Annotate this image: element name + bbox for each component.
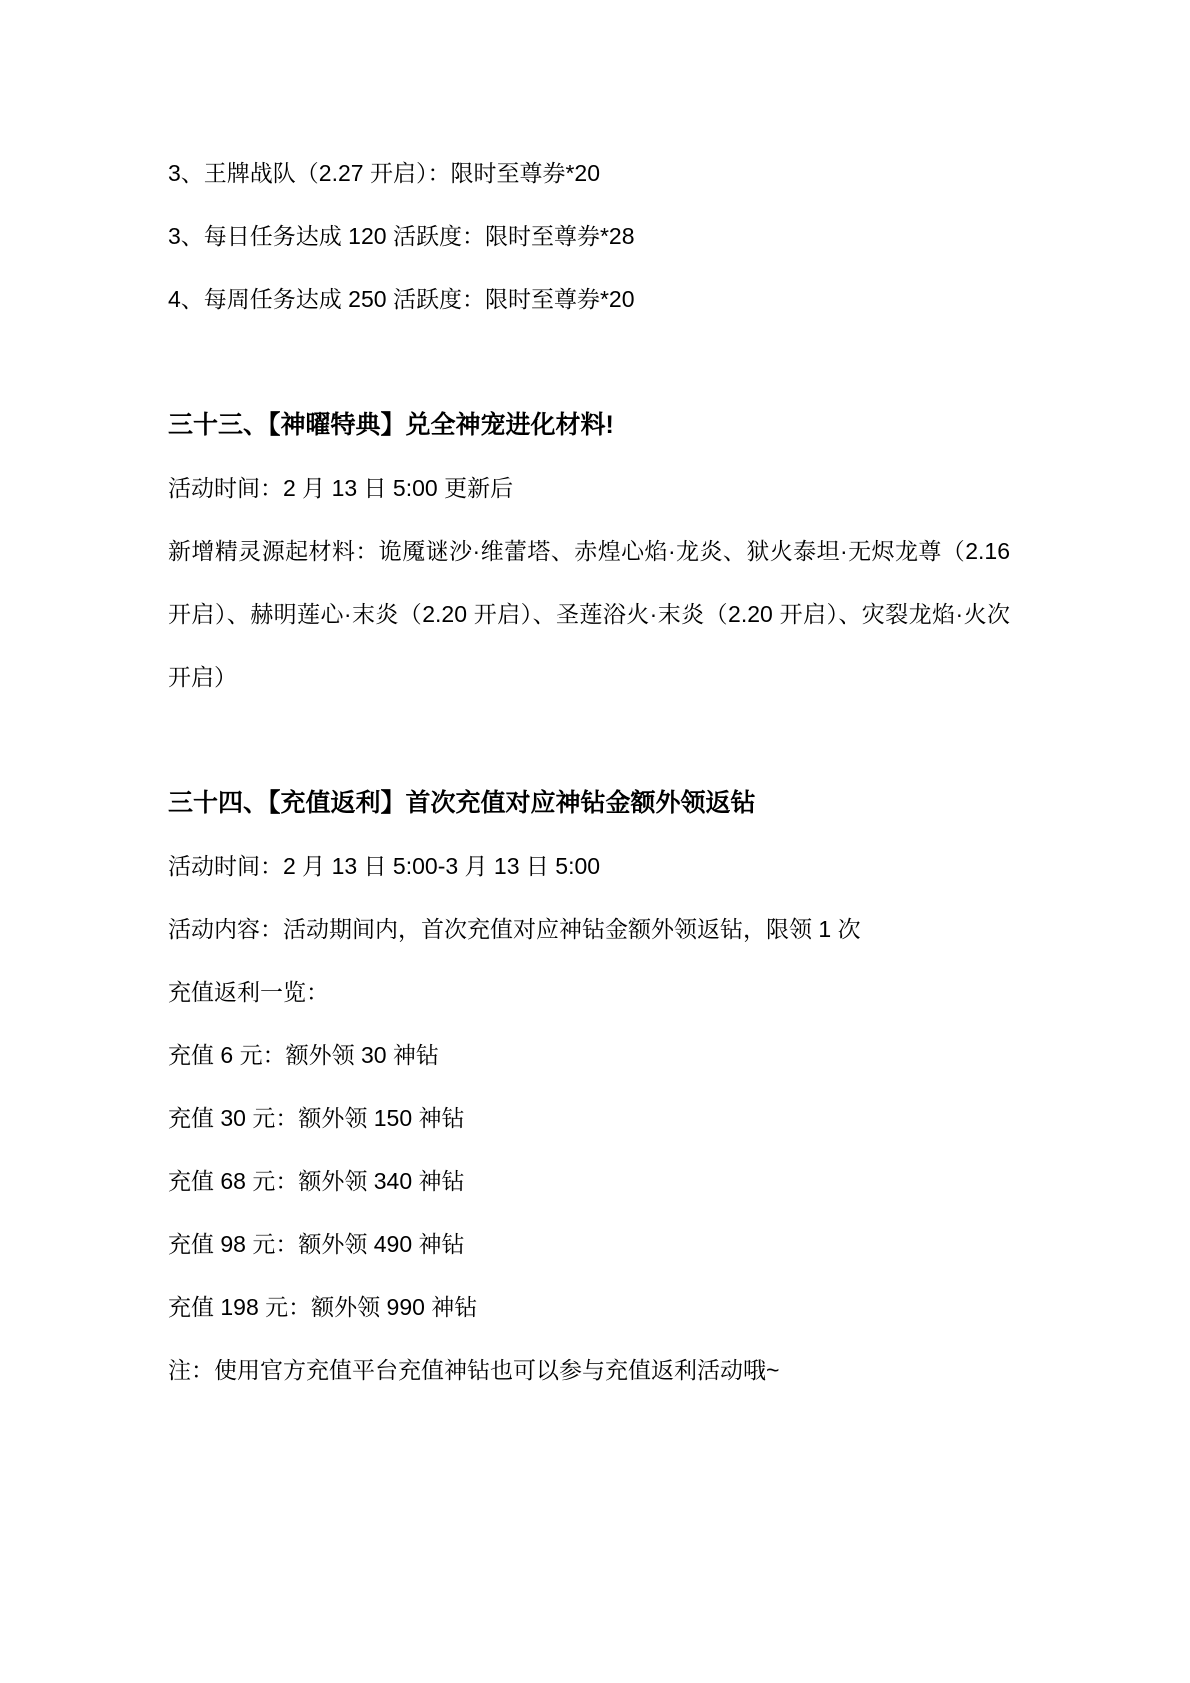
document-content: 3、王牌战队（2.27 开启）：限时至尊券*20 3、每日任务达成 120 活跃… xyxy=(168,142,1010,1402)
note-text: 注：使用官方充值平台充值神钻也可以参与充值返利活动哦~ xyxy=(168,1339,1010,1402)
rebate-item: 充值 30 元：额外领 150 神钻 xyxy=(168,1087,1010,1150)
section-heading-34: 三十四、【充值返利】首次充值对应神钻金额外领返钻 xyxy=(168,772,1010,835)
paragraph-line: 开启）、赫明莲心·末炎（2.20 开启）、圣莲浴火·末炎（2.20 开启）、灾裂… xyxy=(168,583,1010,646)
event-time: 活动时间：2 月 13 日 5:00 更新后 xyxy=(168,457,1010,520)
paragraph-line: 新增精灵源起材料：诡魇谜沙·维蕾塔、赤煌心焰·龙炎、狱火泰坦·无烬龙尊（2.16… xyxy=(168,520,1010,583)
rebate-item: 充值 68 元：额外领 340 神钻 xyxy=(168,1150,1010,1213)
document-page: 3、王牌战队（2.27 开启）：限时至尊券*20 3、每日任务达成 120 活跃… xyxy=(0,0,1190,1683)
event-content: 活动内容：活动期间内，首次充值对应神钻金额外领返钻，限领 1 次 xyxy=(168,898,1010,961)
rebate-item: 充值 98 元：额外领 490 神钻 xyxy=(168,1213,1010,1276)
event-materials-paragraph: 新增精灵源起材料：诡魇谜沙·维蕾塔、赤煌心焰·龙炎、狱火泰坦·无烬龙尊（2.16… xyxy=(168,520,1010,709)
rebate-list-title: 充值返利一览： xyxy=(168,961,1010,1024)
event-time: 活动时间：2 月 13 日 5:00-3 月 13 日 5:00 xyxy=(168,835,1010,898)
rebate-item: 充值 6 元：额外领 30 神钻 xyxy=(168,1024,1010,1087)
paragraph-line: 开启） xyxy=(168,646,1010,709)
list-item: 3、每日任务达成 120 活跃度：限时至尊券*28 xyxy=(168,205,1010,268)
list-item: 3、王牌战队（2.27 开启）：限时至尊券*20 xyxy=(168,142,1010,205)
list-item: 4、每周任务达成 250 活跃度：限时至尊券*20 xyxy=(168,268,1010,331)
section-heading-33: 三十三、【神曜特典】兑全神宠进化材料! xyxy=(168,394,1010,457)
rebate-item: 充值 198 元：额外领 990 神钻 xyxy=(168,1276,1010,1339)
